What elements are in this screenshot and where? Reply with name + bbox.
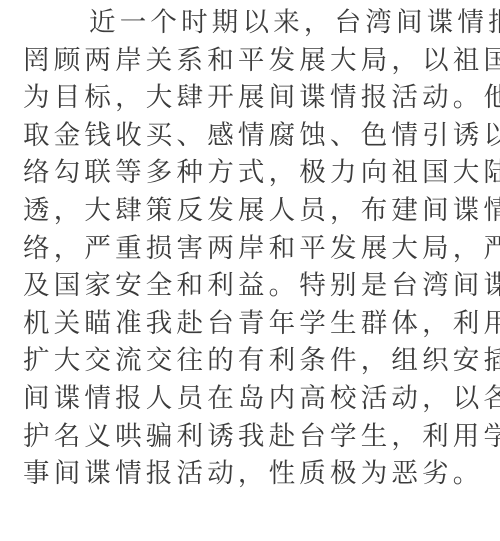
text-line: 络勾联等多种方式，极力向祖国大陆渗 [23, 154, 483, 192]
text-line: 罔顾两岸关系和平发展大局，以祖国大陆 [23, 42, 483, 80]
text-line: 护名义哄骗利诱我赴台学生，利用学生从 [23, 418, 483, 456]
text-line: 事间谍情报活动，性质极为恶劣。 [23, 455, 483, 493]
text-line: 透，大肆策反发展人员，布建间谍情报网 [23, 192, 483, 230]
text-line: 取金钱收买、感情腐蚀、色情引诱以及网 [23, 117, 483, 155]
text-line: 为目标，大肆开展间谍情报活动。他们采 [23, 79, 483, 117]
text-line: 络，严重损害两岸和平发展大局，严重危 [23, 230, 483, 268]
text-line: 近一个时期以来，台湾间谍情报机关 [23, 4, 483, 42]
text-line: 及国家安全和利益。特别是台湾间谍情报 [23, 267, 483, 305]
text-line: 间谍情报人员在岛内高校活动，以各种掩 [23, 380, 483, 418]
text-line: 扩大交流交往的有利条件，组织安插大批 [23, 342, 483, 380]
text-line: 机关瞄准我赴台青年学生群体，利用两岸 [23, 305, 483, 343]
article-paragraph: 近一个时期以来，台湾间谍情报机关 罔顾两岸关系和平发展大局，以祖国大陆 为目标，… [23, 4, 483, 493]
